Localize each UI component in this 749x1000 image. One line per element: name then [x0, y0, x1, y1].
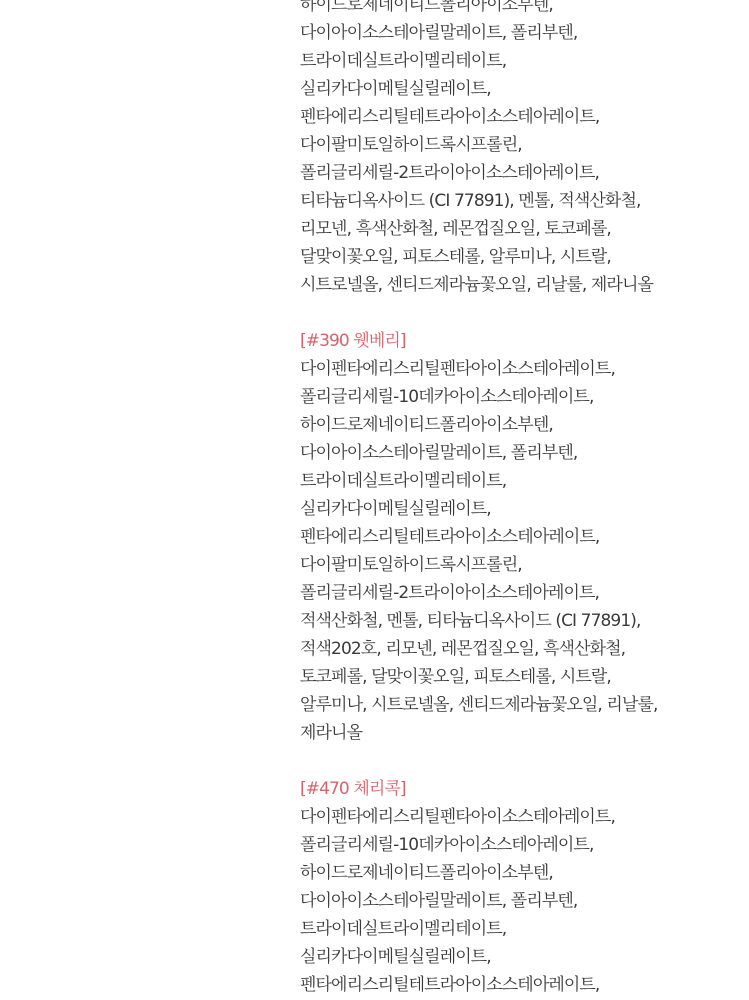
ingredient-line: 펜타에리스리틸테트라아이소스테아레이트,	[300, 971, 740, 999]
ingredient-line: 폴리글리세릴-10데카아이소스테아레이트,	[300, 383, 740, 411]
ingredient-line: 다이펜타에리스리틸펜타아이소스테아레이트,	[300, 355, 740, 383]
ingredient-line: 트라이데실트라이멜리테이트,	[300, 47, 740, 75]
ingredients-list: 하이드로제네이티드폴리아이소부텐, 다이아이소스테아릴말레이트, 폴리부텐, 트…	[300, 0, 740, 999]
ingredient-line: 다이아이소스테아릴말레이트, 폴리부텐,	[300, 887, 740, 915]
ingredient-line: 토코페롤, 달맞이꽃오일, 피토스테롤, 시트랄,	[300, 663, 740, 691]
section-title: [#470 체리콕]	[300, 775, 740, 803]
ingredient-line: 티타늄디옥사이드 (CI 77891), 멘톨, 적색산화철,	[300, 187, 740, 215]
ingredient-section-continued: 하이드로제네이티드폴리아이소부텐, 다이아이소스테아릴말레이트, 폴리부텐, 트…	[300, 0, 740, 299]
ingredient-line: 폴리글리세릴-2트라이아이소스테아레이트,	[300, 579, 740, 607]
ingredient-line: 폴리글리세릴-2트라이아이소스테아레이트,	[300, 159, 740, 187]
ingredient-line: 펜타에리스리틸테트라아이소스테아레이트,	[300, 103, 740, 131]
ingredient-line: 하이드로제네이티드폴리아이소부텐,	[300, 859, 740, 887]
ingredient-line: 다이아이소스테아릴말레이트, 폴리부텐,	[300, 439, 740, 467]
ingredient-line: 실리카다이메틸실릴레이트,	[300, 495, 740, 523]
section-spacer	[300, 747, 740, 775]
ingredient-line: 트라이데실트라이멜리테이트,	[300, 915, 740, 943]
ingredient-line: 다이아이소스테아릴말레이트, 폴리부텐,	[300, 19, 740, 47]
ingredient-line: 적색산화철, 멘톨, 티타늄디옥사이드 (CI 77891),	[300, 607, 740, 635]
ingredient-line: 실리카다이메틸실릴레이트,	[300, 75, 740, 103]
ingredient-line: 다이팔미토일하이드록시프롤린,	[300, 551, 740, 579]
ingredient-line: 달맞이꽃오일, 피토스테롤, 알루미나, 시트랄,	[300, 243, 740, 271]
ingredient-line: 실리카다이메틸실릴레이트,	[300, 943, 740, 971]
ingredient-line: 펜타에리스리틸테트라아이소스테아레이트,	[300, 523, 740, 551]
ingredient-line: 하이드로제네이티드폴리아이소부텐,	[300, 411, 740, 439]
ingredient-line: 폴리글리세릴-10데카아이소스테아레이트,	[300, 831, 740, 859]
ingredient-line: 제라니올	[300, 719, 740, 747]
ingredient-line: 다이펜타에리스리틸펜타아이소스테아레이트,	[300, 803, 740, 831]
ingredient-line: 트라이데실트라이멜리테이트,	[300, 467, 740, 495]
ingredient-line: 하이드로제네이티드폴리아이소부텐,	[300, 0, 740, 19]
ingredient-line: 리모넨, 흑색산화철, 레몬껍질오일, 토코페롤,	[300, 215, 740, 243]
ingredient-section-390: [#390 웻베리] 다이펜타에리스리틸펜타아이소스테아레이트, 폴리글리세릴-…	[300, 327, 740, 747]
ingredient-line: 다이팔미토일하이드록시프롤린,	[300, 131, 740, 159]
section-spacer	[300, 299, 740, 327]
ingredient-section-470: [#470 체리콕] 다이펜타에리스리틸펜타아이소스테아레이트, 폴리글리세릴-…	[300, 775, 740, 999]
ingredient-line: 알루미나, 시트로넬올, 센티드제라늄꽃오일, 리날룰,	[300, 691, 740, 719]
ingredient-line: 적색202호, 리모넨, 레몬껍질오일, 흑색산화철,	[300, 635, 740, 663]
section-title: [#390 웻베리]	[300, 327, 740, 355]
ingredient-line: 시트로넬올, 센티드제라늄꽃오일, 리날룰, 제라니올	[300, 271, 740, 299]
